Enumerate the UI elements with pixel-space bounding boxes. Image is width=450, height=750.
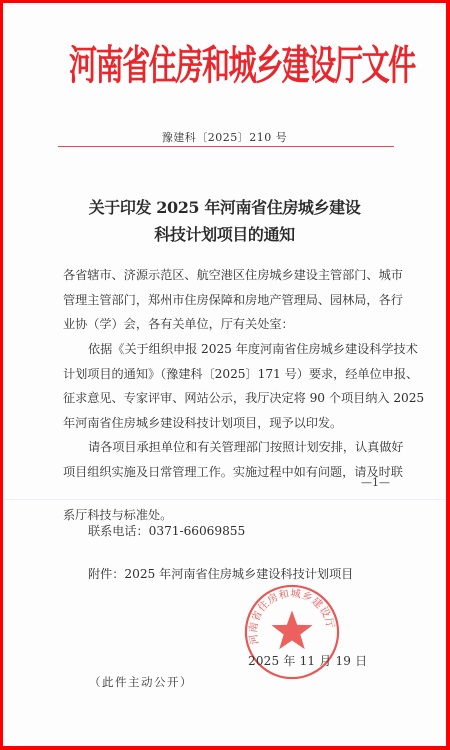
paragraph-line: 项目组织实施及日常管理工作。实施过程中如有问题，请及时联 (63, 465, 403, 479)
addressee-line: 管理主管部门，郑州市住房保障和房地产管理局、园林局，各行 (63, 293, 403, 307)
seal-star-icon (271, 610, 312, 649)
addressee-line: 各省辖市、济源示范区、航空港区住房城乡建设主管部门、城市 (63, 268, 403, 282)
contact-phone: 联系电话：0371-66069855 (88, 524, 245, 538)
continuation-line: 系厅科技与标准处。 (63, 508, 172, 522)
notice-title-line-1: 关于印发 2025 年河南省住房城乡建设 (3, 195, 446, 218)
document-number: 豫建科〔2025〕210 号 (3, 129, 446, 145)
signature-date: 2025 年 11 月 19 日 (248, 652, 367, 669)
attachment-line: 附件：2025 年河南省住房城乡建设科技计划项目 (88, 567, 353, 581)
page-number: —1— (361, 476, 390, 489)
page-break-line (3, 499, 446, 500)
disclosure-note: （此件主动公开） (89, 674, 193, 690)
paragraph-line: 请各项目承担单位和有关管理部门按照计划安排，认真做好 (88, 440, 404, 454)
header-red-rule (58, 146, 394, 147)
paragraph-line: 征求意见、专家评审、网站公示，我厅决定将 90 个项目纳入 2025 (63, 391, 424, 405)
document-page: ​ ​ 河南省住房和城乡建设厅文件 豫建科〔2025〕210 号 关于印发 20… (3, 3, 446, 746)
paragraph-line: 依据《关于组织申报 2025 年度河南省住房城乡建设科学技术 (88, 342, 418, 356)
addressee-line: 业协（学）会，各有关单位，厅有关处室： (63, 317, 294, 331)
paragraph-line: 计划项目的通知》（豫建科〔2025〕171 号）要求，经单位申报、 (63, 367, 418, 381)
notice-title-line-2: 科技计划项目的通知 (3, 222, 446, 245)
document-header-title: 河南省住房和城乡建设厅文件 (69, 44, 389, 114)
paragraph-line: 年河南省住房城乡建设科技计划项目，现予以印发。 (63, 416, 342, 430)
